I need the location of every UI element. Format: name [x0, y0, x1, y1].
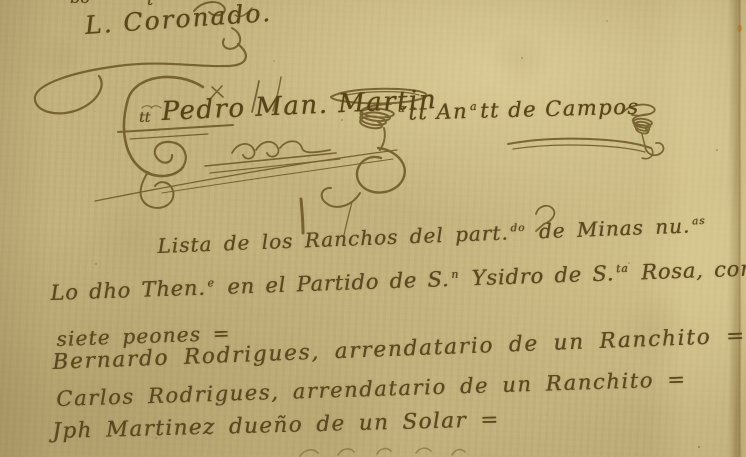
- ink-stroke: [223, 28, 240, 49]
- superscript-abbreviation: as: [692, 215, 706, 228]
- abbreviation-mark-tt: tt: [139, 111, 150, 125]
- superscript-abbreviation: a: [470, 100, 478, 113]
- ink-stroke: [232, 141, 330, 158]
- ink-stroke: [322, 188, 360, 207]
- ink-stroke: [205, 153, 336, 166]
- manuscript-page-photo: bo t L. Coronado. tt Pedro Man. Martin a…: [0, 0, 746, 457]
- ink-stroke: [210, 159, 340, 173]
- cropped-next-line-letter-tops: [300, 448, 465, 456]
- text-segment: en el Partido de S.: [216, 267, 449, 299]
- signature-antonio-de-campos: att Anatt de Campos: [396, 97, 640, 124]
- text-segment: tt de Campos: [480, 95, 640, 123]
- paper-speckles: [0, 0, 2, 2]
- ink-stroke: [416, 448, 431, 453]
- ink-stroke: [645, 143, 663, 155]
- ink-stroke: [452, 450, 465, 455]
- ink-stroke: [338, 449, 354, 455]
- ink-stroke: [642, 134, 645, 146]
- ink-stroke: [380, 128, 385, 150]
- superscript-abbreviation: e: [207, 276, 215, 289]
- ink-stroke: [142, 106, 161, 108]
- text-segment: Rosa, con: [630, 256, 746, 284]
- text-segment: de Minas nu.: [527, 214, 691, 244]
- text-segment: Lo dho Then.: [50, 276, 206, 305]
- superscript-abbreviation: do: [510, 222, 525, 235]
- signature-coronado: L. Coronado.: [84, 0, 273, 38]
- text-segment: Carlos Rodrigues, arrendatario de un Ran…: [56, 367, 687, 411]
- superscript-abbreviation: a: [398, 102, 406, 115]
- ink-stroke: [155, 142, 186, 167]
- text-segment: tt An: [408, 99, 468, 125]
- list-title-line: Lista de los Ranchos del part.do de Mina…: [157, 215, 708, 256]
- ink-stroke: [300, 450, 318, 456]
- ink-stroke: [508, 139, 651, 148]
- cropped-top-mark: bo: [70, 0, 90, 6]
- body-line-partido: Lo dho Then.e en el Partido de S.n Ysidr…: [50, 258, 746, 304]
- ink-stroke: [377, 449, 391, 454]
- body-line-carlos: Carlos Rodrigues, arrendatario de un Ran…: [56, 369, 687, 410]
- page-edge-stain: [737, 25, 742, 32]
- ink-stroke: [513, 145, 645, 152]
- superscript-abbreviation: ta: [616, 262, 629, 275]
- ink-stroke: [141, 172, 174, 208]
- martin-underline-strokes: [95, 141, 397, 201]
- ink-stroke: [642, 148, 653, 159]
- text-segment: Ysidro de S.: [461, 261, 615, 290]
- ink-stroke: [95, 150, 397, 201]
- ink-stroke: [130, 134, 208, 139]
- ink-stroke: [162, 159, 393, 193]
- text-segment: Jph Martinez dueño de un Solar =: [52, 407, 500, 444]
- text-segment: Lista de los Ranchos del part.: [157, 221, 509, 258]
- superscript-abbreviation: n: [451, 268, 459, 281]
- body-line-solar: Jph Martinez dueño de un Solar =: [52, 409, 500, 442]
- ink-stroke: [357, 148, 405, 193]
